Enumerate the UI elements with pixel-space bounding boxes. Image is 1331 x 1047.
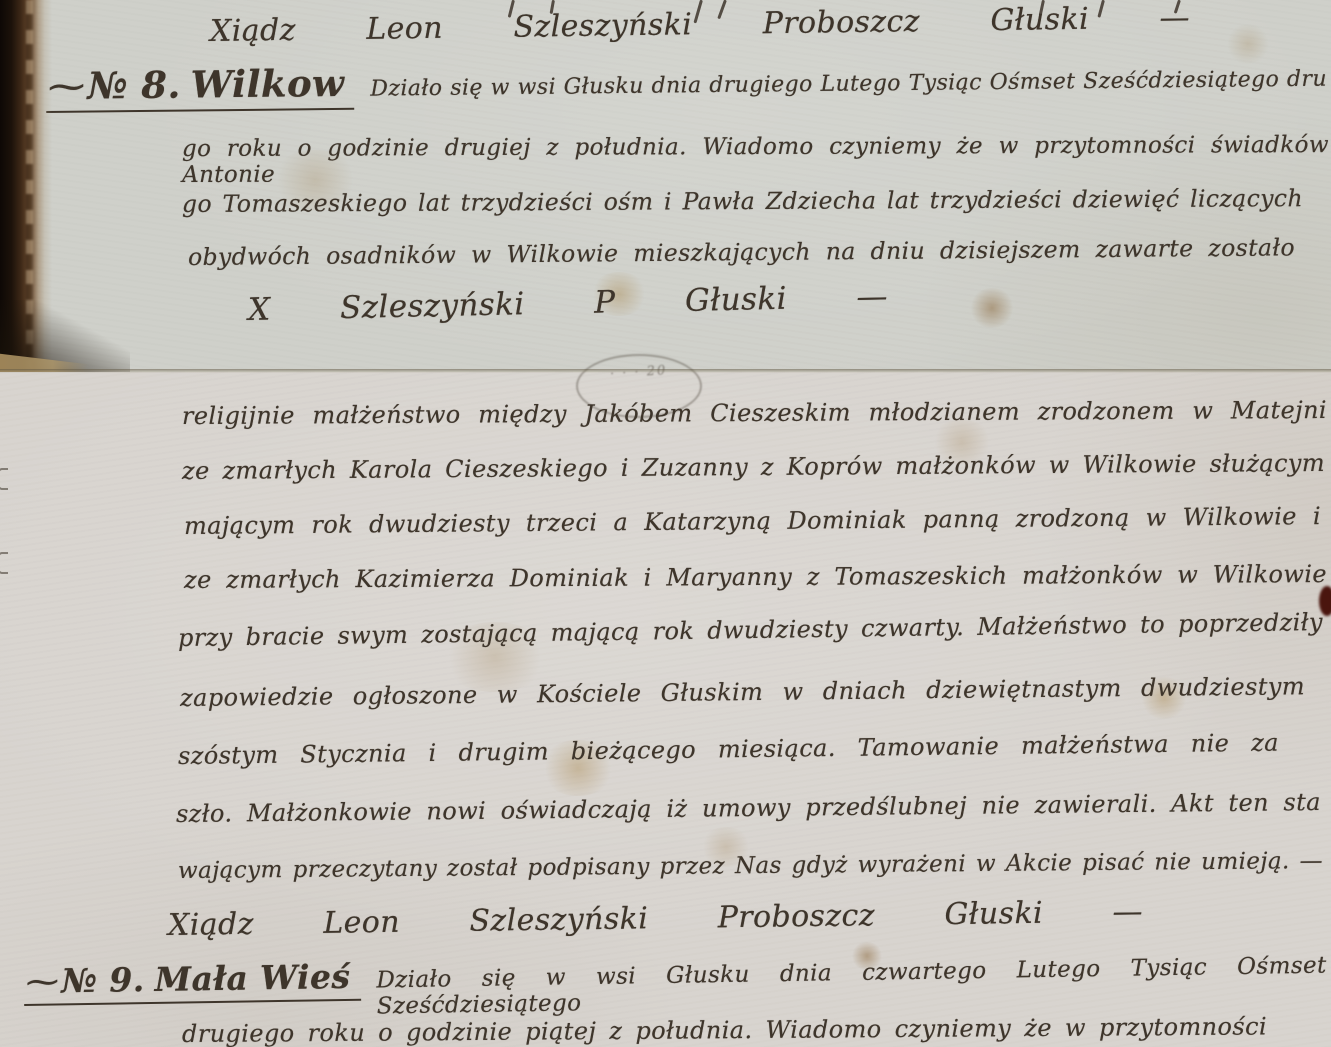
cut-glyph-left-edge [0, 552, 8, 574]
act-text-line: mającym rok dwudziesty trzeci a Katarzyn… [184, 502, 1321, 540]
register-scan-page: Xiądz Leon Szleszyński Proboszcz Głuski … [0, 0, 1331, 1047]
act8-intro-text: Działo się w wsi Głusku dnia drugiego Lu… [370, 67, 1327, 102]
scan-seam [0, 369, 1331, 373]
act8-number: № 8. [87, 63, 181, 108]
bottom-scan-strip: · · · 20 religijnie małżeństwo między Ja… [0, 372, 1331, 1047]
act8-heading: ⁓№ 8.Wilkow [46, 61, 355, 113]
act9-number: № 9. [61, 960, 145, 1000]
act8-place: Wilkow [190, 61, 344, 107]
red-edge-mark [1319, 586, 1331, 616]
act8-text-line: go roku o godzinie drugiej z południa. W… [182, 132, 1329, 188]
clergy-signature-line: Xiądz Leon Szleszyński Proboszcz Głuski … [210, 0, 1190, 49]
act-text-line: ze zmarłych Kazimierza Dominiak i Maryan… [184, 560, 1327, 594]
act8-text-line: go Tomaszeskiego lat trzydzieści ośm i P… [182, 184, 1303, 218]
pen-flourish: ⁓ [26, 961, 60, 1001]
act-text-line: ze zmarłych Karola Cieszeskiego i Zuzann… [182, 449, 1325, 485]
act-signature: Xiądz Leon Szleszyński Proboszcz Głuski … [168, 894, 1143, 943]
act8-heading-row: ⁓№ 8.Wilkow Działo się w wsi Głusku dnia… [46, 51, 1327, 113]
act-text-line: szło. Małżonkowie nowi oświadczają iż um… [176, 788, 1321, 828]
act-text-line: przy bracie swym zostającą mającą rok dw… [178, 608, 1323, 652]
act8-signature: X Szleszyński P Głuski — [248, 279, 889, 328]
act8-text-line: obydwóch osadników w Wilkowie mieszkając… [188, 233, 1295, 271]
act-text-line: wającym przeczytany został podpisany prz… [178, 848, 1323, 884]
top-scan-strip: Xiądz Leon Szleszyński Proboszcz Głuski … [0, 0, 1331, 372]
act-text-line: szóstym Stycznia i drugim bieżącego mies… [178, 729, 1279, 770]
cut-glyph-left-edge [0, 468, 8, 490]
act9-place: Mała Wieś [154, 957, 350, 999]
act-text-line: religijnie małżeństwo między Jakóbem Cie… [182, 396, 1327, 430]
act9-intro-text: Działo się w wsi Głusku dnia czwartego L… [376, 953, 1327, 1020]
act9-heading: ⁓№ 9.Mała Wieś [24, 957, 361, 1006]
act-text-line: zapowiedzie ogłoszone w Kościele Głuskim… [180, 672, 1305, 712]
pen-flourish: ⁓ [48, 65, 86, 108]
paper-stain [968, 288, 1016, 328]
